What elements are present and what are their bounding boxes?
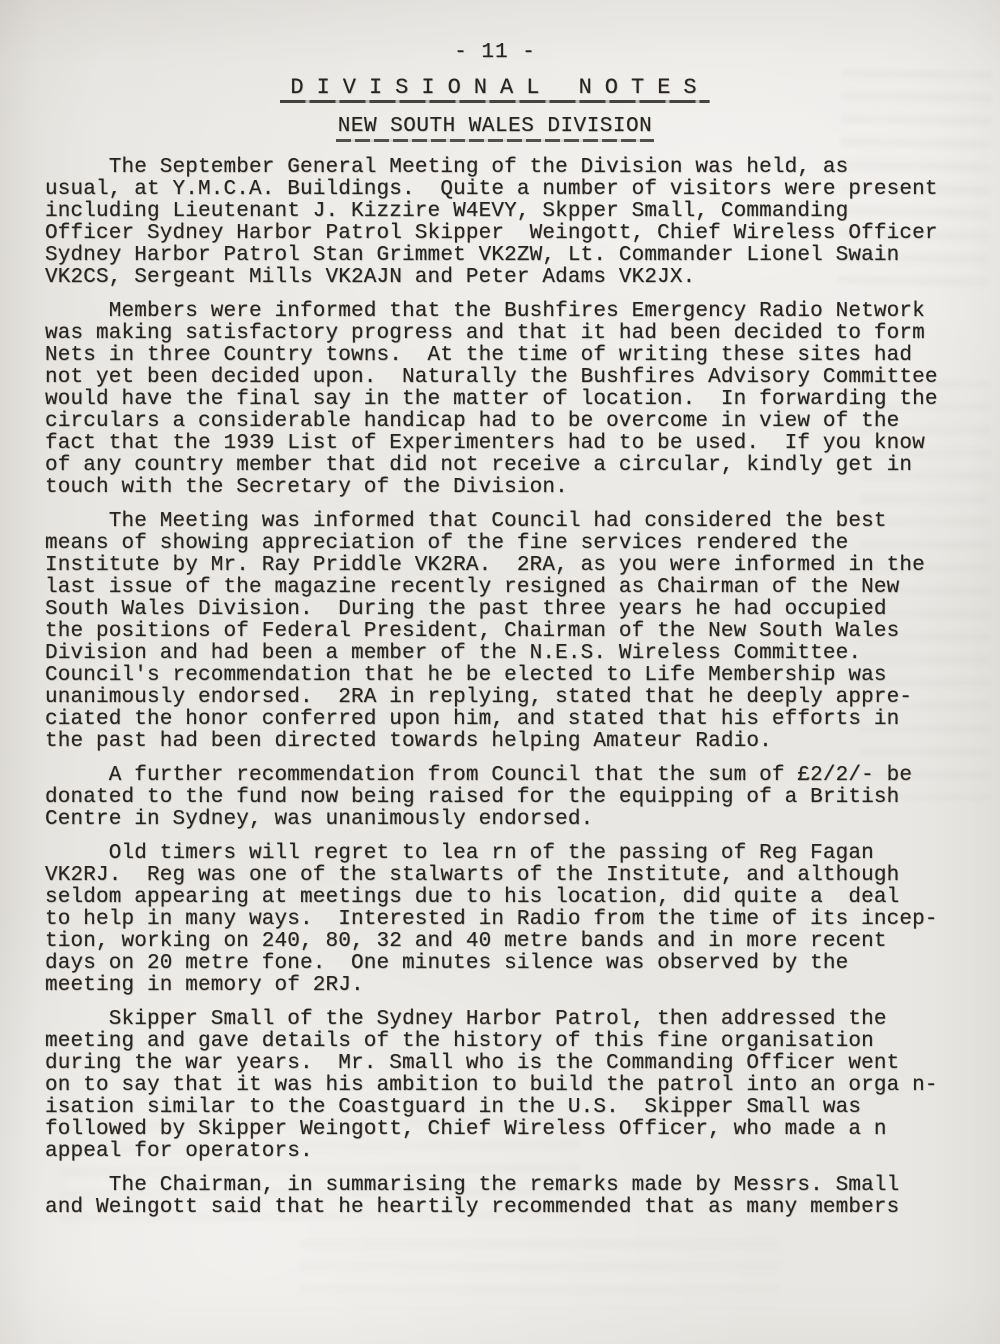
subtitle-row: NEW SOUTH WALES DIVISION [45,115,945,142]
paragraph: Skipper Small of the Sydney Harbor Patro… [45,1009,945,1163]
document-title: DIVISIONAL NOTES [280,76,709,103]
paragraph: Old timers will regret to lea rn of the … [45,843,945,997]
paragraph: Members were informed that the Bushfires… [45,301,945,499]
paragraph: The September General Meeting of the Div… [45,157,945,289]
article-body: The September General Meeting of the Div… [45,157,945,1219]
page-number: - 11 - [45,42,945,64]
section-heading: NEW SOUTH WALES DIVISION [336,115,654,142]
paragraph: The Chairman, in summarising the remarks… [45,1175,945,1219]
paragraph: A further recommendation from Council th… [45,765,945,831]
page-content: - 11 - DIVISIONAL NOTES NEW SOUTH WALES … [0,0,1000,1219]
document-page: - 11 - DIVISIONAL NOTES NEW SOUTH WALES … [0,0,1000,1344]
paragraph: The Meeting was informed that Council ha… [45,511,945,753]
title-row: DIVISIONAL NOTES [45,76,945,103]
paper-smudge [300,1240,780,1310]
